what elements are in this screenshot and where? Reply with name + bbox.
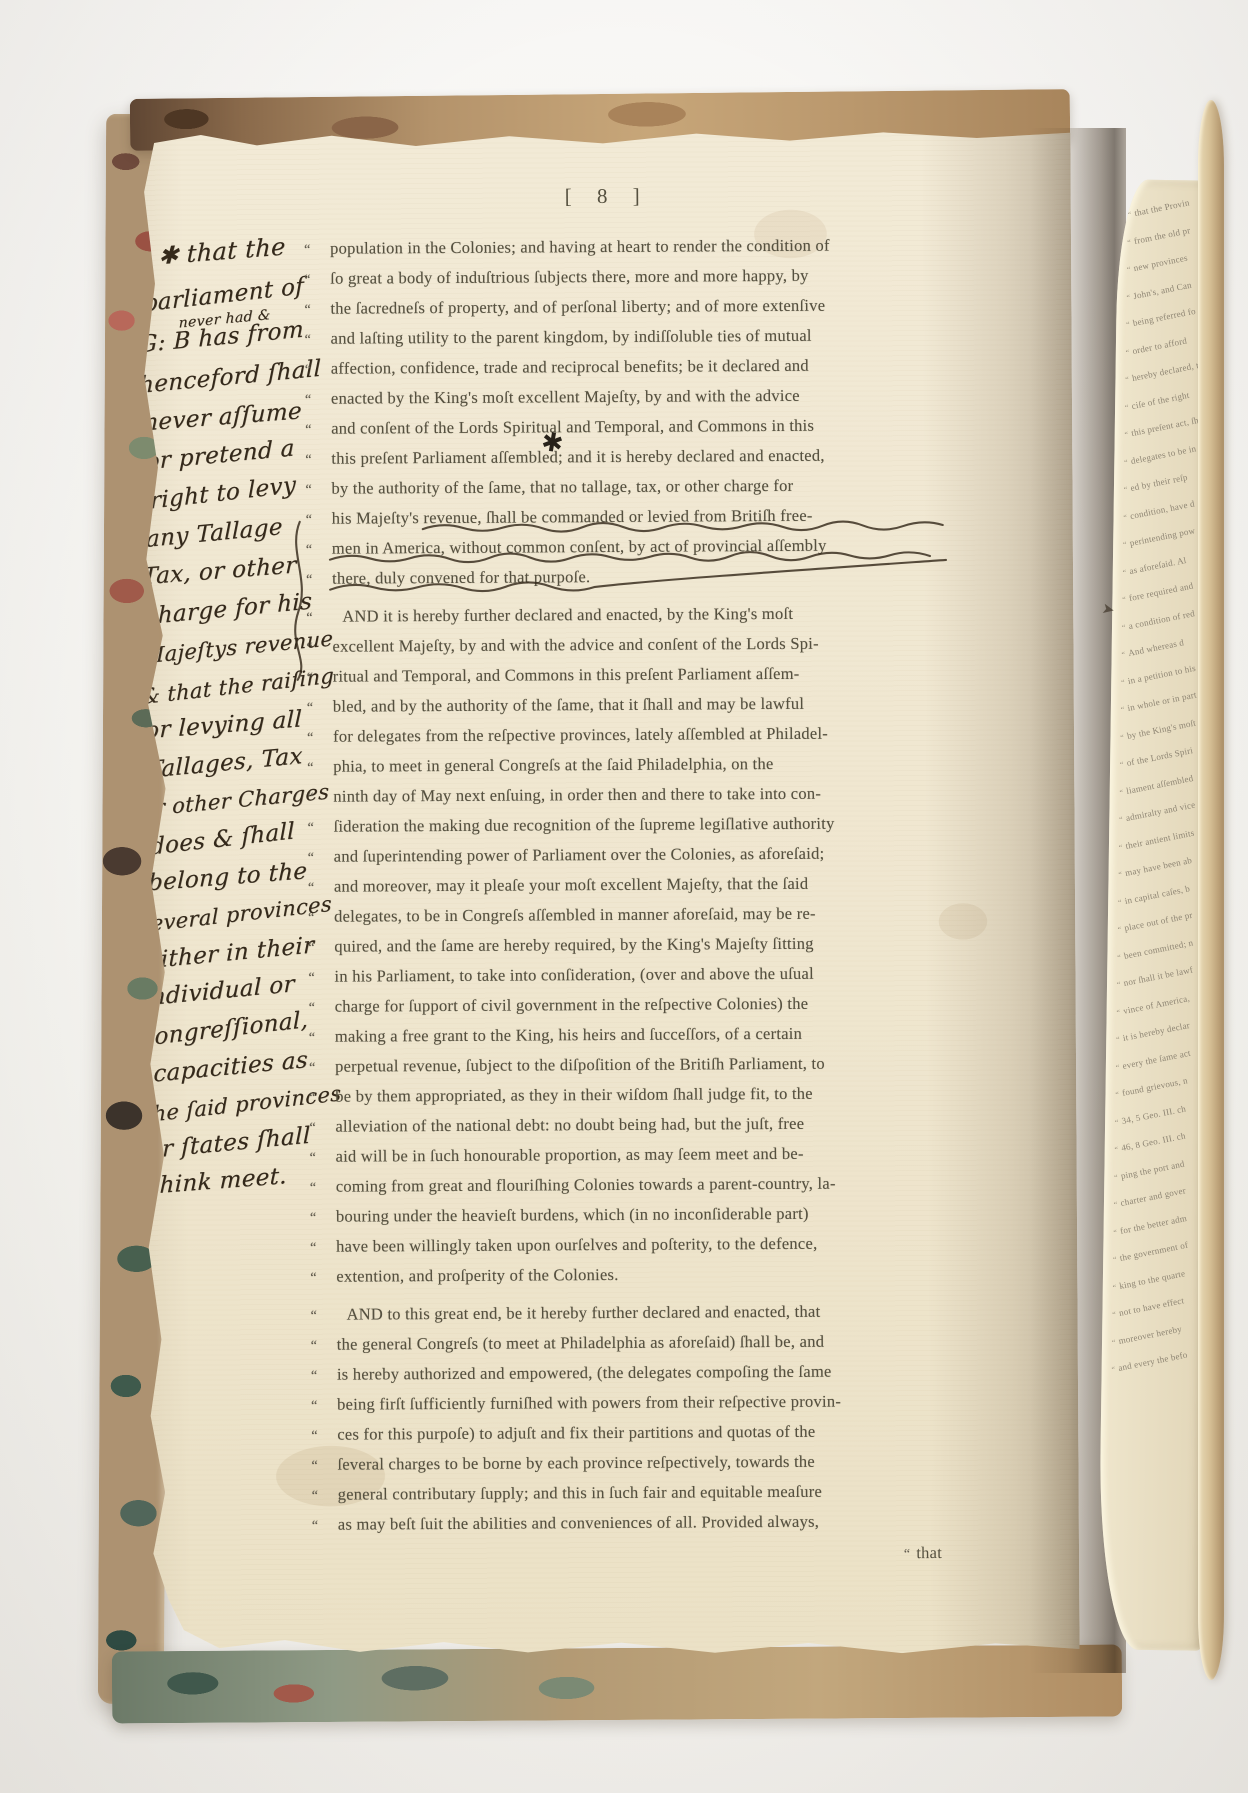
margin-note: henceford ſhall <box>139 356 321 399</box>
quote-mark: “ <box>1126 264 1134 274</box>
quote-mark: “ <box>312 1512 338 1542</box>
print-line: “phia, to meet in general Congreſs at th… <box>307 748 967 782</box>
quote-mark: “ <box>1125 319 1133 329</box>
print-line-text: being firſt ſufficiently furniſhed with … <box>337 1392 841 1414</box>
quote-mark: “ <box>1120 732 1128 742</box>
print-line-text: affection, confidence, trade and recipro… <box>331 356 809 378</box>
quote-mark: “ <box>305 356 331 386</box>
quote-mark: “ <box>305 326 331 356</box>
print-line: “aid will be in ſuch honourable proporti… <box>310 1138 970 1172</box>
quote-mark: “ <box>310 1144 336 1174</box>
next-page-text-fragment: “of the Lords Spiri <box>1119 745 1194 769</box>
quote-mark: “ <box>307 784 333 814</box>
quote-mark: “ <box>310 1174 336 1204</box>
quote-mark: “ <box>1112 1254 1120 1264</box>
next-page-text-fragment: “nor ſhall it be lawf <box>1116 964 1194 989</box>
quote-mark: “ <box>1126 292 1134 302</box>
quote-mark: “ <box>307 754 333 784</box>
print-line-text: general contributary ſupply; and this in… <box>338 1482 823 1504</box>
margin-note: think meet. <box>150 1163 288 1200</box>
quote-mark: “ <box>308 844 334 874</box>
quote-mark: “ <box>1119 814 1127 824</box>
print-line: “excellent Majeſty, by and with the advi… <box>306 628 966 662</box>
quote-mark: “ <box>306 634 332 664</box>
quote-mark: “ <box>308 934 334 964</box>
print-line-text: ſo great a body of induſtrious ſubjects … <box>330 266 808 288</box>
print-line-text: phia, to meet in general Congreſs at the… <box>333 754 773 776</box>
print-line: “ſeveral charges to be borne by each pro… <box>311 1446 971 1480</box>
print-line-text: coming from great and flouriſhing Coloni… <box>336 1174 836 1196</box>
next-page-text-fragment: “vince of America, <box>1116 993 1191 1017</box>
next-page-text-fragment: “found grievous, n <box>1115 1075 1189 1099</box>
print-line: “and ſuperintending power of Parliament … <box>308 838 968 872</box>
print-line-text: and ſuperintending power of Parliament o… <box>334 844 825 866</box>
quote-mark: “ <box>1120 677 1128 687</box>
quote-mark: “ <box>1119 787 1127 797</box>
quote-mark: “ <box>311 1332 337 1362</box>
margin-note: charge for his <box>144 588 312 630</box>
margin-note: any Tallage <box>146 514 283 553</box>
quote-mark: “ <box>304 296 330 326</box>
print-line: “by the authority of the ſame, that no t… <box>305 470 965 504</box>
margin-note: ✱ that the <box>158 232 286 270</box>
quote-mark: “ <box>1118 869 1126 879</box>
print-line: “charge for ſupport of civil government … <box>309 988 969 1022</box>
margin-note: belong to the <box>148 858 308 896</box>
next-page-text-fragment: “this preſent act, ſh <box>1124 415 1200 439</box>
next-page-text-fragment: “and every the befo <box>1111 1349 1189 1374</box>
quote-mark: “ <box>1120 704 1128 714</box>
print-line-text: ces for this purpoſe) to adjuſt and fix … <box>337 1422 815 1444</box>
print-line-text: ſideration the making due recognition of… <box>334 814 835 836</box>
quote-mark: “ <box>1125 347 1133 357</box>
print-line-text: as may beſt ſuit the abilities and conve… <box>338 1512 819 1534</box>
print-line: “alleviation of the national debt: no do… <box>309 1108 969 1142</box>
quote-mark: “ <box>304 266 330 296</box>
next-page-text-fragment: “in whole or in part <box>1120 690 1198 715</box>
print-line-text: alleviation of the national debt: no dou… <box>335 1114 804 1136</box>
print-line: “the ſacredneſs of property, and of perſ… <box>304 290 964 324</box>
print-line-text: men in America, without common conſent, … <box>332 536 827 558</box>
next-page-text-fragment: “34, 5 Geo. III. ch <box>1114 1103 1187 1127</box>
print-line-text: be by them appropriated, as they in thei… <box>335 1084 813 1106</box>
margin-note: or pretend a <box>145 435 294 475</box>
quote-mark: “ <box>309 1084 335 1114</box>
quote-mark: “ <box>1112 1309 1120 1319</box>
print-line-text: delegates, to be in Congreſs aſſembled i… <box>334 904 816 926</box>
print-line-text: quired, and the ſame are hereby required… <box>334 934 813 956</box>
next-page-text-fragment: “in capital caſes, b <box>1117 883 1191 907</box>
print-line-text: excellent Majeſty, by and with the advic… <box>332 634 818 656</box>
quote-mark: “ <box>304 236 330 266</box>
quote-mark: “ <box>1115 1034 1123 1044</box>
book-page: [ 8 ] ✱ that theparliament ofnever had &… <box>135 125 1079 1661</box>
print-line: “general contributary ſupply; and this i… <box>312 1476 972 1510</box>
quote-mark: “ <box>310 1204 336 1234</box>
print-line-text: for delegates from the reſpective provin… <box>333 724 828 746</box>
next-page-text-fragment: “moreover hereby <box>1111 1323 1183 1347</box>
next-page-text-fragment: “as aforeſaid. Al <box>1122 554 1187 576</box>
print-line-text: AND to this great end, be it hereby furt… <box>337 1302 821 1324</box>
next-page-text-fragment: “46, 8 Geo. III. ch <box>1114 1130 1187 1154</box>
next-page-text-fragment: “John's, and Can <box>1126 279 1193 302</box>
margin-note: Tax, or other <box>142 552 297 590</box>
print-line: “AND to this great end, be it hereby fur… <box>310 1296 970 1330</box>
quote-mark: “ <box>1117 897 1125 907</box>
margin-note: ſeveral provinces <box>143 892 332 937</box>
next-page-text-fragment: “been committed; n <box>1116 937 1194 962</box>
print-line: “ces for this purpoſe) to adjuſt and fix… <box>311 1416 971 1450</box>
quote-mark: “ <box>1116 1007 1124 1017</box>
quote-mark: “ <box>311 1392 337 1422</box>
print-line-text: this preſent Parliament aſſembled; and i… <box>331 446 824 468</box>
print-line-text: enacted by the King's moſt excellent Maj… <box>331 386 800 408</box>
next-page-text-fragment: “in a petition to his <box>1120 662 1196 687</box>
quote-mark: “ <box>1125 374 1133 384</box>
print-line-text: bouring under the heavieſt burdens, whic… <box>336 1204 809 1226</box>
margin-note: right to levy <box>150 472 296 514</box>
print-line: “quired, and the ſame are hereby require… <box>308 928 968 962</box>
print-line: “making a free grant to the King, his he… <box>309 1018 969 1052</box>
margin-note: or levying all <box>145 706 303 744</box>
next-page-text-fragment: “being referred fo <box>1125 306 1196 330</box>
print-line-text: and laſting utility to the parent kingdo… <box>331 326 812 348</box>
quote-mark: “ <box>1117 952 1125 962</box>
next-page-text-fragment: “a condition of red <box>1121 608 1196 632</box>
book-photo: [ 8 ] ✱ that theparliament ofnever had &… <box>102 88 1224 1728</box>
print-line: “have been willingly taken upon ourſelve… <box>310 1228 970 1262</box>
quote-mark: “ <box>1117 924 1125 934</box>
quote-mark: “ <box>308 814 334 844</box>
next-page-text-fragment: “ciſe of the right <box>1124 389 1190 412</box>
next-page-text-fragment: “for the better adm <box>1113 1212 1188 1236</box>
next-page-text-fragment: “fore required and <box>1121 581 1194 605</box>
next-page-text-fragment: “from the old pr <box>1126 225 1191 247</box>
print-line: “ſo great a body of induſtrious ſubjects… <box>304 260 964 294</box>
quote-mark: “ <box>1113 1227 1121 1237</box>
next-page-text-fragment: “And whereas d <box>1121 637 1185 659</box>
print-line-text: bled, and by the authority of the ſame, … <box>333 694 804 716</box>
print-line-text: by the authority of the ſame, that no ta… <box>331 476 793 498</box>
photo-backdrop: [ 8 ] ✱ that theparliament ofnever had &… <box>0 0 1248 1793</box>
print-line: “ritual and Temporal, and Commons in thi… <box>307 658 967 692</box>
print-line: “as may beſt ſuit the abilities and conv… <box>312 1506 972 1540</box>
print-line-text: extention, and proſperity of the Colonie… <box>336 1265 618 1286</box>
quote-mark: “ <box>311 1422 337 1452</box>
quote-mark: “ <box>1124 402 1132 412</box>
next-page-text-fragment: “admiralty and vice <box>1118 799 1196 824</box>
quote-mark: “ <box>1121 649 1129 659</box>
print-line: “delegates, to be in Congreſs aſſembled … <box>308 898 968 932</box>
quote-mark: “ <box>1122 567 1130 577</box>
quote-mark: “ <box>310 1264 336 1294</box>
print-line: “his Majeſty's revenue, ſhall be command… <box>306 500 966 534</box>
quote-mark: “ <box>1123 512 1131 522</box>
quote-mark: “ <box>309 1054 335 1084</box>
next-page-text-fragment: “new provinces <box>1126 253 1188 275</box>
quote-mark: “ <box>1124 457 1132 467</box>
quote-mark: “ <box>307 724 333 754</box>
quote-mark: “ <box>309 1114 335 1144</box>
next-page-text-fragment: “every the ſame act <box>1115 1047 1192 1072</box>
next-page-text-fragment: “their antient limits <box>1118 827 1195 852</box>
next-page-text-fragment: “hereby declared, th <box>1125 359 1205 384</box>
print-line: “perpetual revenue, ſubject to the diſpo… <box>309 1048 969 1082</box>
quote-mark: “ <box>305 446 331 476</box>
quote-mark: “ <box>1116 979 1124 989</box>
print-line: “this preſent Parliament aſſembled; and … <box>305 440 965 474</box>
margin-note: individual or <box>143 971 295 1011</box>
print-line: “population in the Colonies; and having … <box>304 230 964 264</box>
quote-mark: “ <box>307 664 333 694</box>
margin-note: does & ſhall <box>150 818 295 860</box>
print-line: “bouring under the heavieſt burdens, whi… <box>310 1198 970 1232</box>
print-line-text: ſeveral charges to be borne by each prov… <box>337 1452 815 1474</box>
print-line: “coming from great and flouriſhing Colon… <box>310 1168 970 1202</box>
quote-mark: “ <box>305 476 331 506</box>
quote-mark: “ <box>1121 622 1129 632</box>
print-line: “for delegates from the reſpective provi… <box>307 718 967 752</box>
next-page-text-fragment: “by the King's moſt <box>1120 717 1197 742</box>
print-line-text: aid will be in ſuch honourable proportio… <box>336 1144 804 1166</box>
print-line-text: and conſent of the Lords Spiritual and T… <box>331 416 814 438</box>
print-line: “bled, and by the authority of the ſame,… <box>307 688 967 722</box>
quote-mark: “ <box>1124 429 1132 439</box>
quote-mark: “ <box>306 604 332 634</box>
print-line-text: and moreover, may it pleaſe your moſt ex… <box>334 874 809 896</box>
print-line-text: the ſacredneſs of property, and of perſo… <box>330 296 825 318</box>
next-page-text-fragment: “that the Provin <box>1127 197 1191 219</box>
print-line-text: there, duly convened for that purpoſe. <box>332 567 590 588</box>
print-line: “and moreover, may it pleaſe your moſt e… <box>308 868 968 902</box>
quote-mark: “ <box>308 874 334 904</box>
print-line-text: population in the Colonies; and having a… <box>330 236 830 258</box>
print-line: “men in America, without common conſent,… <box>306 530 966 564</box>
quote-mark: “ <box>1113 1199 1121 1209</box>
print-line: “ninth day of May next enſuing, in order… <box>307 778 967 812</box>
quote-mark: “ <box>308 904 334 934</box>
print-line-text: AND it is hereby further declared and en… <box>332 604 793 626</box>
quote-mark: “ <box>306 566 332 596</box>
next-page-text-fragment: “may have been ab <box>1118 855 1193 879</box>
quote-mark: “ <box>310 1234 336 1264</box>
quote-mark: “ <box>309 994 335 1024</box>
margin-note: never aſſume <box>143 398 302 436</box>
print-line-text: in his Parliament, to take into conſider… <box>334 964 814 986</box>
print-line-text: his Majeſty's revenue, ſhall be commande… <box>332 506 813 528</box>
quote-mark: “ <box>1115 1089 1123 1099</box>
print-line: “being firſt ſufficiently furniſhed with… <box>311 1386 971 1420</box>
next-page-text-fragment: “the government of <box>1112 1240 1189 1265</box>
quote-mark: “ <box>1114 1117 1122 1127</box>
print-line-text: ritual and Temporal, and Commons in this… <box>333 664 800 686</box>
quote-mark: “ <box>312 1482 338 1512</box>
quote-mark: “ <box>1115 1062 1123 1072</box>
next-page-text-fragment: “order to afford <box>1125 335 1188 357</box>
margin-note: & that the raiſing <box>141 663 334 709</box>
quote-mark: “ <box>307 694 333 724</box>
quote-mark: “ <box>1114 1172 1122 1182</box>
next-page-text-fragment: “liament aſſembled <box>1119 772 1194 796</box>
quote-mark: “ <box>310 1302 336 1332</box>
print-line: “be by them appropriated, as they in the… <box>309 1078 969 1112</box>
quote-mark: “ <box>311 1452 337 1482</box>
margin-note: either in their <box>147 932 315 974</box>
print-line: “and conſent of the Lords Spiritual and … <box>305 410 965 444</box>
quote-mark: “ <box>306 536 332 566</box>
bottom-book-edge <box>112 1644 1122 1723</box>
quote-mark: “ <box>1127 237 1135 247</box>
print-line-text: the general Congreſs (to meet at Philade… <box>337 1332 825 1354</box>
print-line: “the general Congreſs (to meet at Philad… <box>311 1326 971 1360</box>
next-page-text-fragment: “ed by their reſp <box>1123 472 1188 494</box>
quote-mark: “ <box>1122 594 1130 604</box>
quote-mark: “ <box>1123 484 1131 494</box>
quote-mark: “ <box>305 386 331 416</box>
next-page-text-fragment: “not to have effect <box>1111 1295 1184 1319</box>
quote-mark: “ <box>1122 539 1130 549</box>
print-line: “AND it is hereby further declared and e… <box>306 598 966 632</box>
print-line-text: charge for ſupport of civil government i… <box>335 994 809 1016</box>
quote-mark: “ <box>309 1024 335 1054</box>
print-line: “enacted by the King's moſt excellent Ma… <box>305 380 965 414</box>
quote-mark: “ <box>305 416 331 446</box>
quote-mark: “ <box>308 964 334 994</box>
margin-note: or ſtates ſhall <box>148 1123 311 1164</box>
catchword: “that <box>312 1538 972 1574</box>
next-page-text-fragment: “charter and gover <box>1113 1185 1187 1209</box>
printed-text: “population in the Colonies; and having … <box>304 230 972 1540</box>
print-line-text: ninth day of May next enſuing, in order … <box>333 784 821 806</box>
quote-mark: “ <box>1111 1337 1119 1347</box>
print-line-text: is hereby authorized and empowered, (the… <box>337 1362 832 1384</box>
print-line: “affection, confidence, trade and recipr… <box>305 350 965 384</box>
print-line: “and laſting utility to the parent kingd… <box>305 320 965 354</box>
margin-note: congreſſional, <box>141 1007 308 1052</box>
print-line-text: making a free grant to the King, his hei… <box>335 1024 802 1046</box>
next-page-text-fragment: “place out of the pr <box>1117 910 1194 935</box>
next-page-text-fragment: “it is hereby declar <box>1115 1020 1190 1044</box>
quote-mark: “ <box>1114 1144 1122 1154</box>
quote-mark: “ <box>1127 209 1135 219</box>
print-line: “in his Parliament, to take into conſide… <box>308 958 968 992</box>
quote-mark: “ <box>306 506 332 536</box>
print-line-text: perpetual revenue, ſubject to the diſpoſ… <box>335 1054 825 1076</box>
next-page-text-fragment: “king to the quarte <box>1112 1268 1186 1292</box>
quote-mark: “ <box>1111 1364 1119 1374</box>
margin-note: Tallages, Tax <box>147 743 303 784</box>
quote-mark: “ <box>1118 842 1126 852</box>
quote-mark: “ <box>311 1362 337 1392</box>
margin-note: Majeſtys revenue <box>143 626 334 668</box>
print-line: “there, duly convened for that purpoſe. <box>306 560 966 594</box>
next-page-text-fragment: “delegates to be in <box>1123 443 1197 467</box>
print-line-text: have been willingly taken upon ourſelves… <box>336 1234 817 1256</box>
fore-edge <box>1198 100 1224 1680</box>
printed-text-block: “population in the Colonies; and having … <box>304 230 972 1574</box>
margin-note: or other Charges <box>142 779 330 821</box>
quote-mark: “ <box>1119 759 1127 769</box>
quote-mark: “ <box>1112 1282 1120 1292</box>
print-line: “extention, and proſperity of the Coloni… <box>310 1258 970 1292</box>
margin-note: capacities as <box>153 1047 308 1088</box>
print-line: “is hereby authorized and empowered, (th… <box>311 1356 971 1390</box>
quote-mark: “ <box>904 1547 917 1562</box>
print-line: “ſideration the making due recognition o… <box>307 808 967 842</box>
next-page-text-fragment: “perintending pow <box>1122 525 1196 549</box>
next-page-text-fragment: “condition, have d <box>1123 498 1196 522</box>
next-page-text-fragment: “ping the port and <box>1113 1158 1185 1182</box>
